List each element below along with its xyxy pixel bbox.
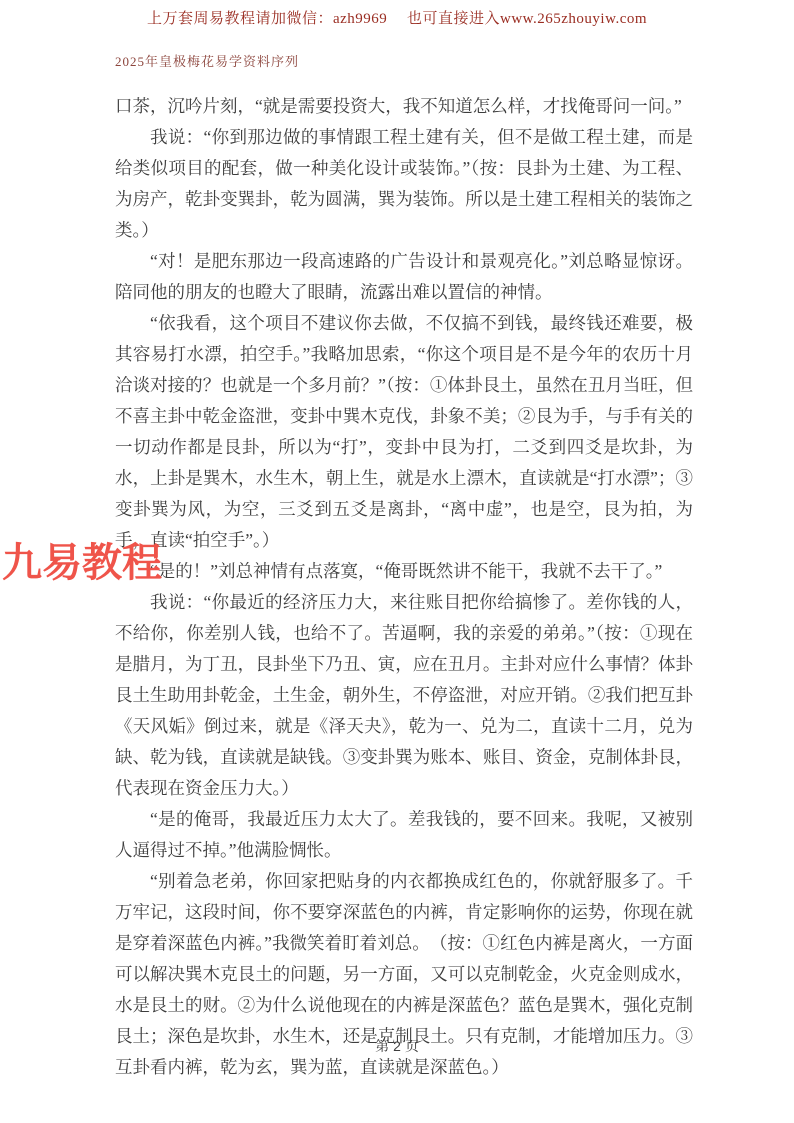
page-number: 2 bbox=[389, 1038, 405, 1054]
footer-prefix: 第 bbox=[375, 1040, 389, 1055]
page-footer: 第2页 bbox=[0, 1036, 794, 1056]
body-paragraph: 我说：“你最近的经济压力大，来往账目把你给搞惨了。差你钱的人，不给你，你差别人钱… bbox=[115, 587, 693, 804]
document-page: 上万套周易教程请加微信：azh9969 也可直接进入www.265zhouyiw… bbox=[0, 0, 794, 1123]
body-paragraph: “是的俺哥，我最近压力太大了。差我钱的，要不回来。我呢，又被别人逼得过不掉。”他… bbox=[115, 804, 693, 866]
body-paragraph: 口茶，沉吟片刻，“就是需要投资大，我不知道怎么样，才找俺哥问一问。” bbox=[115, 91, 693, 122]
promo-banner: 上万套周易教程请加微信：azh9969 也可直接进入www.265zhouyiw… bbox=[0, 7, 794, 28]
footer-suffix: 页 bbox=[405, 1040, 419, 1055]
body-paragraph: 我说：“你到那边做的事情跟工程土建有关，但不是做工程土建，而是给类似项目的配套，… bbox=[115, 122, 693, 246]
body-paragraph: “是的！”刘总神情有点落寞，“俺哥既然讲不能干，我就不去干了。” bbox=[115, 556, 693, 587]
series-title: 2025年皇极梅花易学资料序列 bbox=[115, 51, 299, 70]
watermark: 九易教程 bbox=[2, 543, 162, 583]
body-paragraph: “对！是肥东那边一段高速路的广告设计和景观亮化。”刘总略显惊讶。陪同他的朋友的也… bbox=[115, 246, 693, 308]
document-body: 口茶，沉吟片刻，“就是需要投资大，我不知道怎么样，才找俺哥问一问。”我说：“你到… bbox=[115, 91, 693, 1083]
body-paragraph: “依我看，这个项目不建议你去做，不仅搞不到钱，最终钱还难要，极其容易打水漂，拍空… bbox=[115, 308, 693, 556]
